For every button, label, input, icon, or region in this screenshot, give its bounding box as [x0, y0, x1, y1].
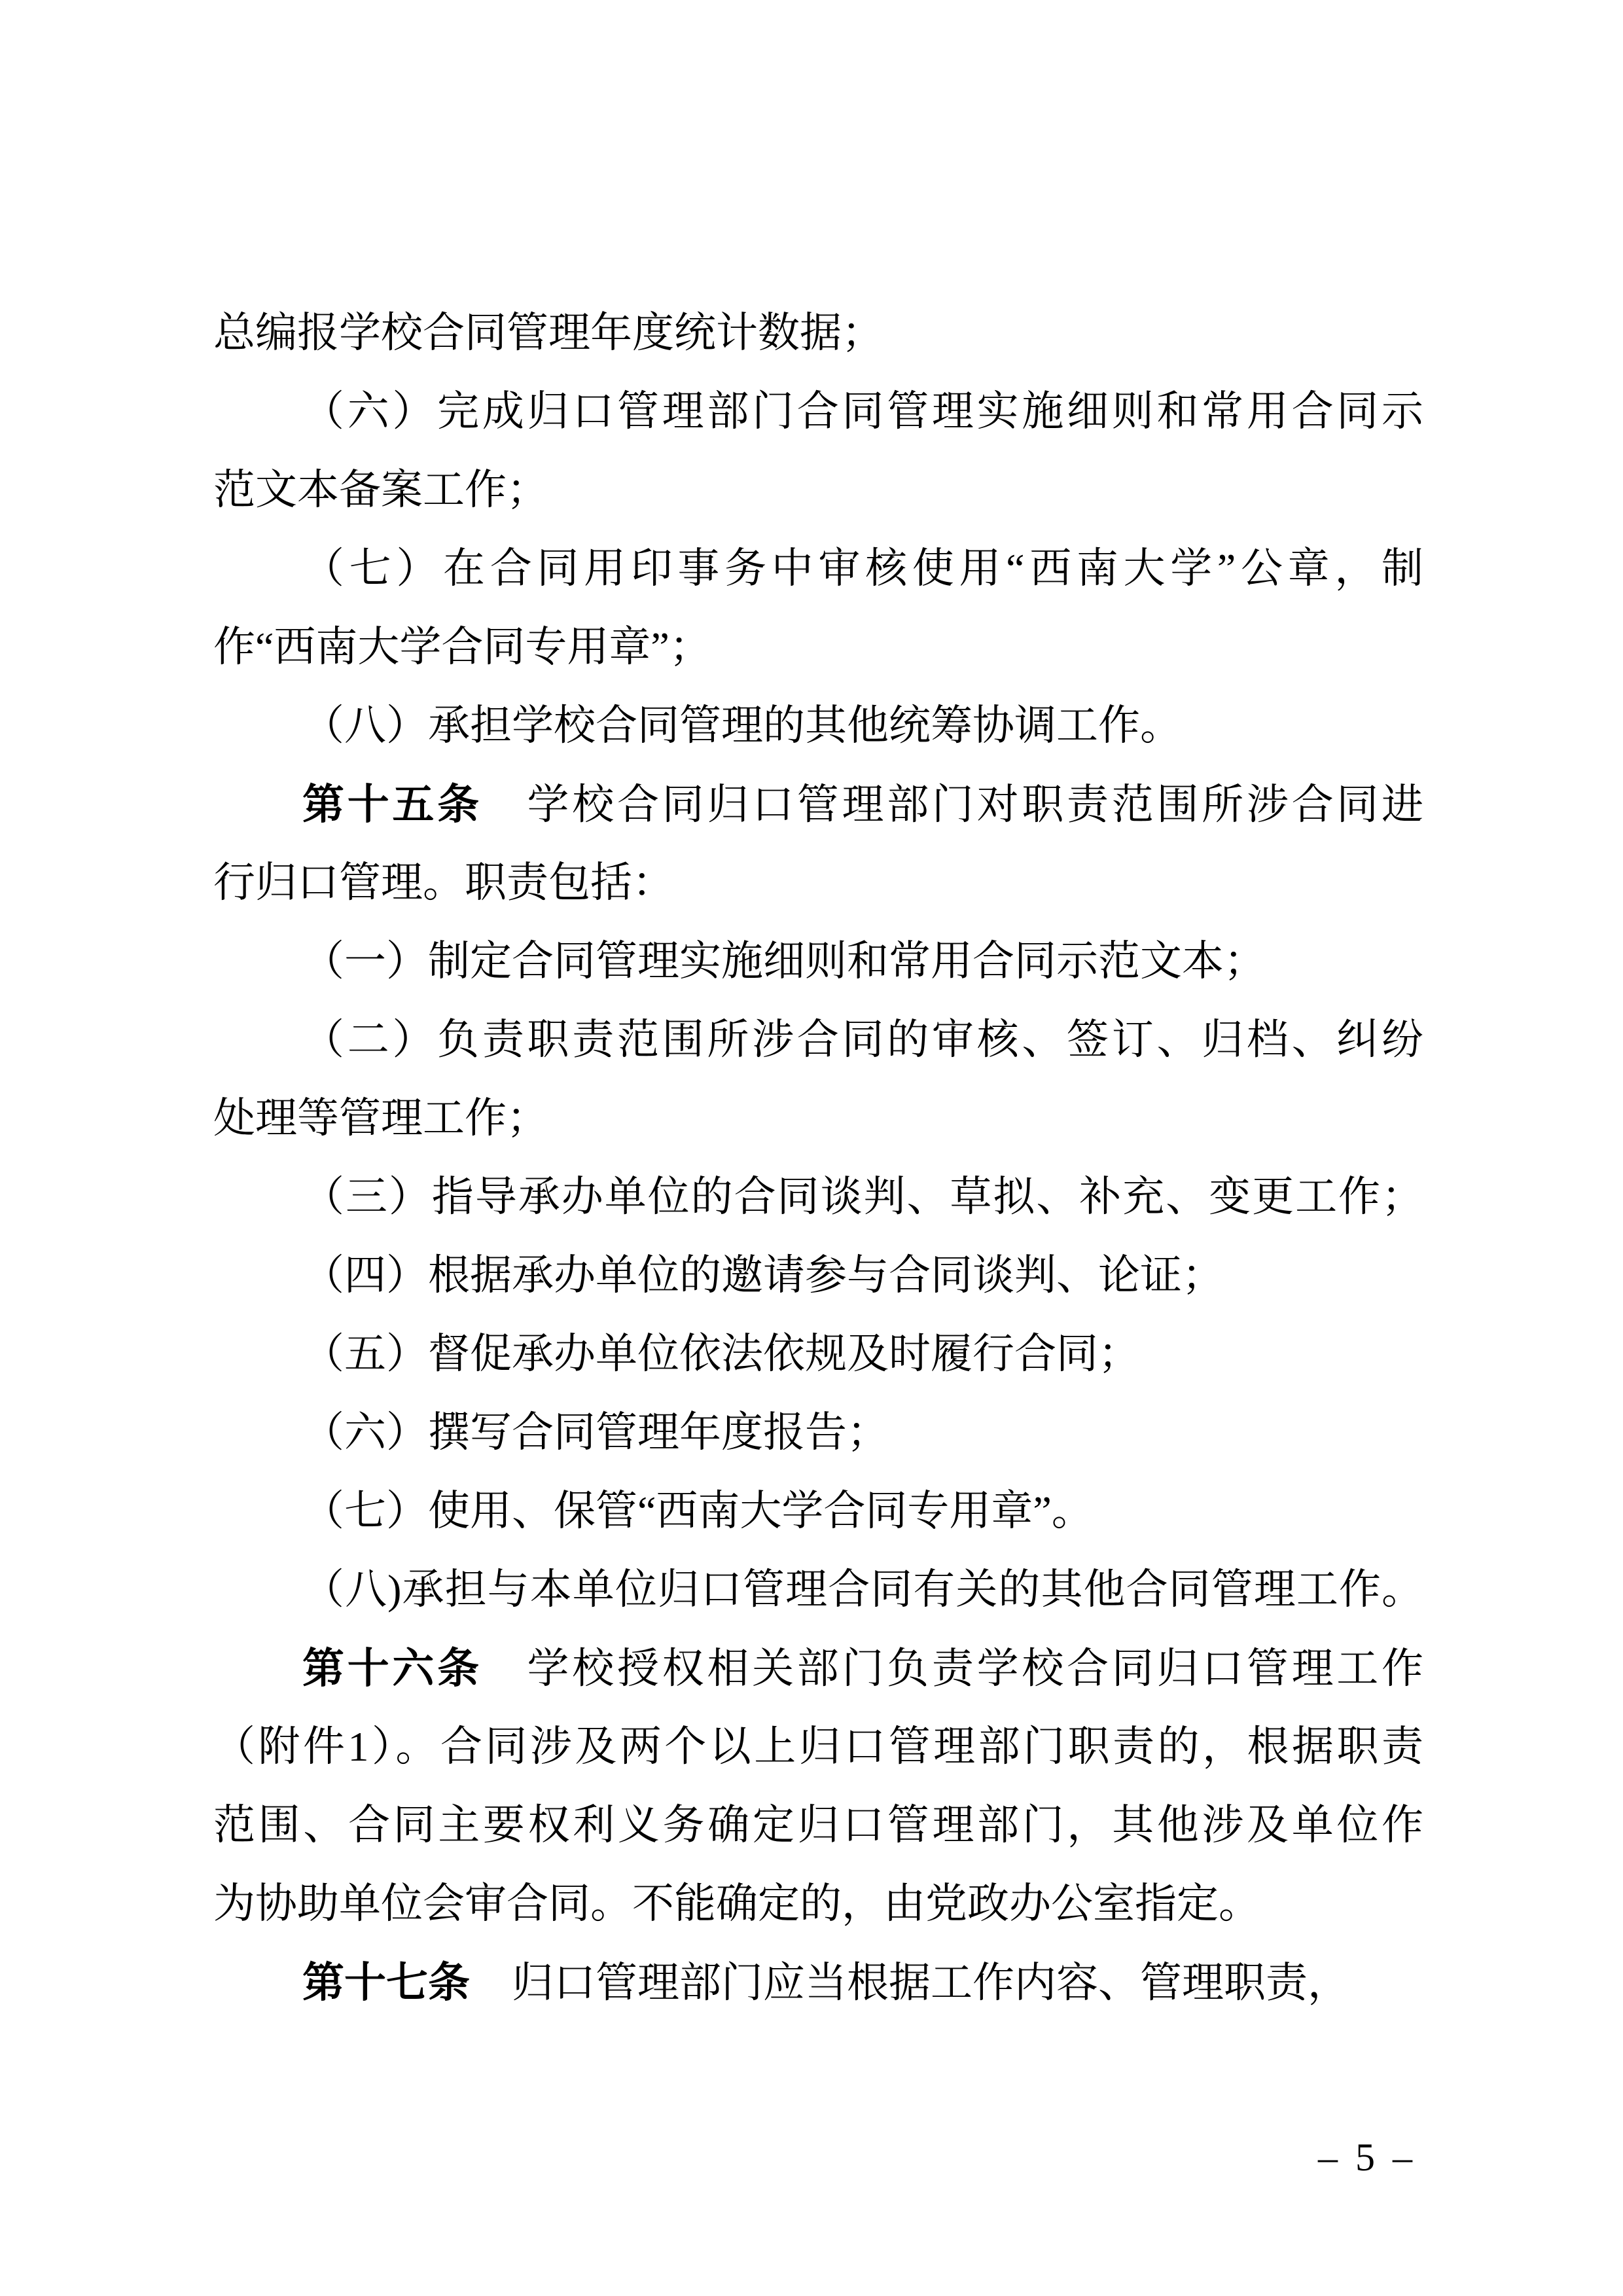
text-run: 总编报学校合同管理年度统计数据； [213, 310, 883, 356]
article-heading: 第十六条 [302, 1645, 482, 1692]
text-run: （三）指导承办单位的合同谈判、草拟、补充、变更工作； [302, 1174, 1423, 1220]
text-line: （八）承担学校合同管理的其他统筹协调工作。 [213, 687, 1423, 765]
text-line: 作“西南大学合同专用章”； [213, 608, 1423, 687]
text-line: （二）负责职责范围所涉合同的审核、签订、归档、纠纷 [213, 1001, 1423, 1079]
text-line: （六）完成归口管理部门合同管理实施细则和常用合同示 [213, 372, 1423, 451]
text-run: （四）根据承办单位的邀请参与合同谈判、论证； [302, 1252, 1224, 1299]
text-line: 范围、合同主要权利义务确定归口管理部门，其他涉及单位作 [213, 1786, 1423, 1865]
text-line: （六）撰写合同管理年度报告； [213, 1393, 1423, 1472]
text-line: 第十五条 学校合同归口管理部门对职责范围所涉合同进 [213, 765, 1423, 844]
document-body: 总编报学校合同管理年度统计数据；（六）完成归口管理部门合同管理实施细则和常用合同… [213, 294, 1423, 2022]
text-run: （七）在合同用印事务中审核使用“西南大学”公章，制 [302, 545, 1423, 592]
text-run: （一）制定合同管理实施细则和常用合同示范文本； [302, 938, 1266, 984]
page-number: – 5 – [1318, 2138, 1416, 2177]
text-line: 总编报学校合同管理年度统计数据； [213, 294, 1423, 372]
text-run: 学校授权相关部门负责学校合同归口管理工作 [482, 1645, 1423, 1692]
text-run: 范围、合同主要权利义务确定归口管理部门，其他涉及单位作 [213, 1802, 1423, 1848]
article-heading: 第十五条 [302, 781, 482, 828]
text-run: （七）使用、保管“西南大学合同专用章”。 [302, 1488, 1094, 1534]
text-run: 为协助单位会审合同。不能确定的，由党政办公室指定。 [213, 1880, 1260, 1927]
article-heading: 第十七条 [302, 1959, 470, 2006]
text-line: （七）在合同用印事务中审核使用“西南大学”公章，制 [213, 529, 1423, 608]
text-run: 学校合同归口管理部门对职责范围所涉合同进 [482, 781, 1423, 828]
text-run: （六）撰写合同管理年度报告； [302, 1409, 889, 1456]
text-run: （六）完成归口管理部门合同管理实施细则和常用合同示 [302, 388, 1423, 435]
text-run: （八)承担与本单位归口管理合同有关的其他合同管理工作。 [302, 1566, 1423, 1613]
text-line: （四）根据承办单位的邀请参与合同谈判、论证； [213, 1236, 1423, 1315]
text-line: 范文本备案工作； [213, 451, 1423, 529]
text-run: （五）督促承办单位依法依规及时履行合同； [302, 1331, 1140, 1377]
text-run: （附件1）。合同涉及两个以上归口管理部门职责的，根据职责 [213, 1723, 1423, 1770]
text-line: 行归口管理。职责包括： [213, 844, 1423, 922]
text-run: （二）负责职责范围所涉合同的审核、签订、归档、纠纷 [302, 1016, 1423, 1063]
text-run: 归口管理部门应当根据工作内容、管理职责， [470, 1960, 1349, 2006]
text-line: （附件1）。合同涉及两个以上归口管理部门职责的，根据职责 [213, 1708, 1423, 1786]
text-line: 为协助单位会审合同。不能确定的，由党政办公室指定。 [213, 1865, 1423, 1943]
text-run: 处理等管理工作； [213, 1095, 548, 1141]
text-line: （七）使用、保管“西南大学合同专用章”。 [213, 1472, 1423, 1551]
text-run: 范文本备案工作； [213, 467, 548, 513]
text-run: 行归口管理。职责包括： [213, 859, 674, 906]
text-line: （三）指导承办单位的合同谈判、草拟、补充、变更工作； [213, 1158, 1423, 1236]
text-line: （八)承担与本单位归口管理合同有关的其他合同管理工作。 [213, 1551, 1423, 1629]
text-line: 第十七条 归口管理部门应当根据工作内容、管理职责， [213, 1943, 1423, 2022]
text-line: 第十六条 学校授权相关部门负责学校合同归口管理工作 [213, 1629, 1423, 1708]
page: 总编报学校合同管理年度统计数据；（六）完成归口管理部门合同管理实施细则和常用合同… [0, 0, 1623, 2296]
text-line: （一）制定合同管理实施细则和常用合同示范文本； [213, 922, 1423, 1001]
text-line: 处理等管理工作； [213, 1079, 1423, 1158]
text-run: 作“西南大学合同专用章”； [213, 624, 711, 670]
text-run: （八）承担学校合同管理的其他统筹协调工作。 [302, 702, 1182, 749]
text-line: （五）督促承办单位依法依规及时履行合同； [213, 1315, 1423, 1393]
